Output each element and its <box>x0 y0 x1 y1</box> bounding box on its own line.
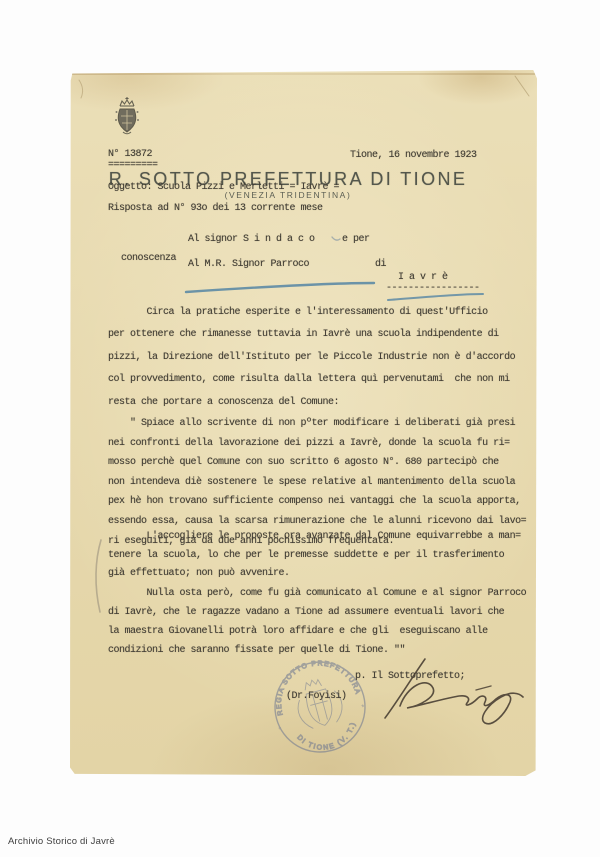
signature-dash <box>476 686 491 690</box>
scan-background: R. SOTTO PREFETTURA DI TIONE (VENEZIA TR… <box>0 0 600 857</box>
pen-marks <box>70 70 537 776</box>
margin-pencil-stroke <box>96 540 101 612</box>
corner-fold <box>79 80 83 98</box>
archive-watermark: Archivio Storico di Javrè <box>8 836 115 847</box>
pen-underline-iavre <box>388 294 483 300</box>
pen-underline-parroco <box>186 283 374 292</box>
letter-paper: R. SOTTO PREFETTURA DI TIONE (VENEZIA TR… <box>70 70 537 776</box>
pen-check-mark <box>332 237 340 240</box>
corner-crease <box>515 76 529 96</box>
